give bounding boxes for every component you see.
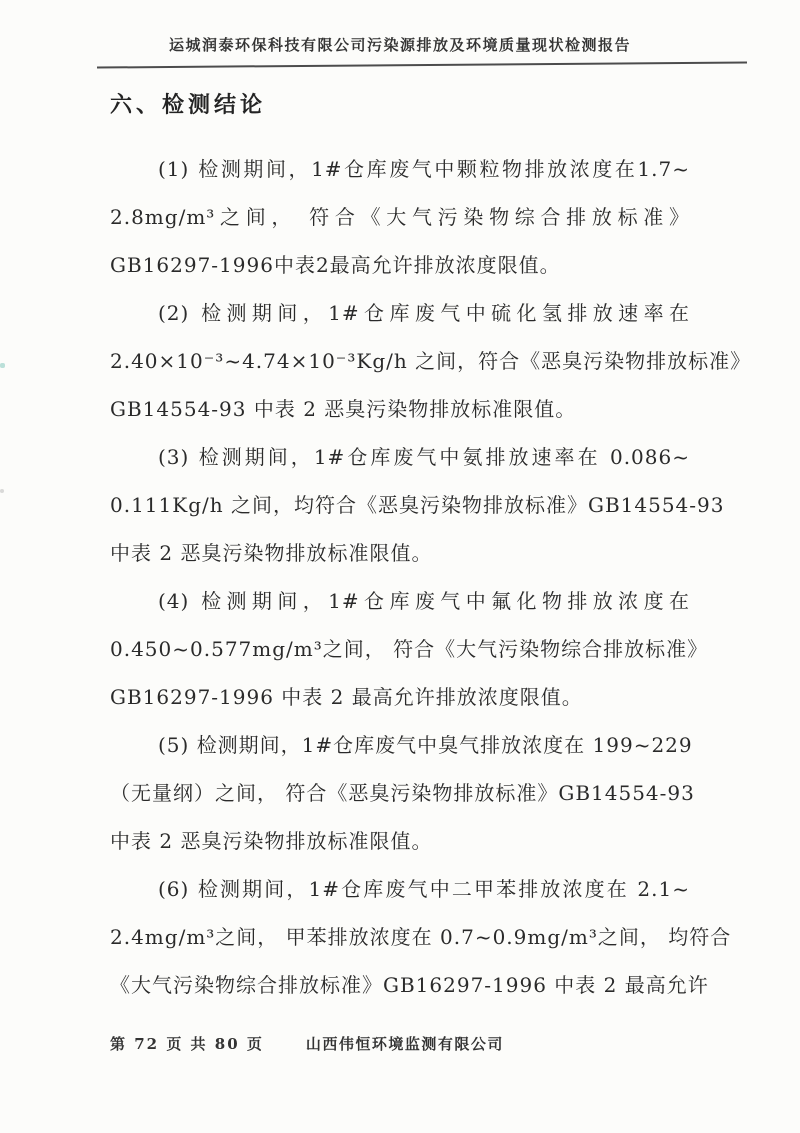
- paragraph-conclusion-1: (1) 检测期间，1#仓库废气中颗粒物排放浓度在1.7~ 2.8mg/m³之间，…: [110, 145, 690, 289]
- paragraph-line: (1) 检测期间，1#仓库废气中颗粒物排放浓度在1.7~: [110, 145, 690, 193]
- paragraph-line: (6) 检测期间，1#仓库废气中二甲苯排放浓度在 2.1~: [110, 865, 690, 913]
- paragraph-conclusion-4: (4) 检测期间，1#仓库废气中氟化物排放浓度在 0.450~0.577mg/m…: [110, 577, 690, 721]
- page-footer: 第 72 页 共 80 页山西伟恒环境监测有限公司: [110, 1033, 690, 1054]
- paragraph-line: GB16297-1996中表2最高允许排放浓度限值。: [110, 241, 690, 289]
- scan-artifact-speck: [0, 489, 4, 493]
- paragraph-line: GB14554-93 中表 2 恶臭污染物排放标准限值。: [110, 385, 690, 433]
- document-body: 六、检测结论 (1) 检测期间，1#仓库废气中颗粒物排放浓度在1.7~ 2.8m…: [110, 88, 690, 1009]
- paragraph-line: GB16297-1996 中表 2 最高允许排放浓度限值。: [110, 673, 690, 721]
- paragraph-line: （无量纲）之间， 符合《恶臭污染物排放标准》GB14554-93: [110, 769, 690, 817]
- paragraph-line: 《大气污染物综合排放标准》GB16297-1996 中表 2 最高允许: [110, 961, 690, 1009]
- scan-artifact-speck: [0, 363, 5, 368]
- report-header-title: 运城润泰环保科技有限公司污染源排放及环境质量现状检测报告: [0, 34, 800, 55]
- header-rule: [97, 61, 747, 68]
- paragraph-line: (5) 检测期间，1#仓库废气中臭气排放浓度在 199~229: [110, 721, 690, 769]
- paragraph-line: (3) 检测期间，1#仓库废气中氨排放速率在 0.086~: [110, 433, 690, 481]
- paragraph-line: 中表 2 恶臭污染物排放标准限值。: [110, 817, 690, 865]
- page-number: 第 72 页 共 80 页: [110, 1035, 264, 1053]
- paragraph-line: 2.4mg/m³之间， 甲苯排放浓度在 0.7~0.9mg/m³之间， 均符合: [110, 913, 690, 961]
- document-page: 运城润泰环保科技有限公司污染源排放及环境质量现状检测报告 六、检测结论 (1) …: [0, 0, 800, 1133]
- paragraph-line: 0.450~0.577mg/m³之间， 符合《大气污染物综合排放标准》: [110, 625, 690, 673]
- paragraph-line: 2.40×10⁻³~4.74×10⁻³Kg/h 之间，符合《恶臭污染物排放标准》: [110, 337, 690, 385]
- footer-company-name: 山西伟恒环境监测有限公司: [306, 1035, 504, 1053]
- paragraph-conclusion-5: (5) 检测期间，1#仓库废气中臭气排放浓度在 199~229 （无量纲）之间，…: [110, 721, 690, 865]
- section-title: 六、检测结论: [110, 88, 690, 119]
- paragraph-line: 0.111Kg/h 之间，均符合《恶臭污染物排放标准》GB14554-93: [110, 481, 690, 529]
- paragraph-line: 2.8mg/m³之间， 符合《大气污染物综合排放标准》: [110, 193, 690, 241]
- paragraph-conclusion-2: (2) 检测期间，1#仓库废气中硫化氢排放速率在 2.40×10⁻³~4.74×…: [110, 289, 690, 433]
- paragraph-conclusion-6: (6) 检测期间，1#仓库废气中二甲苯排放浓度在 2.1~ 2.4mg/m³之间…: [110, 865, 690, 1009]
- paragraph-line: 中表 2 恶臭污染物排放标准限值。: [110, 529, 690, 577]
- paragraph-conclusion-3: (3) 检测期间，1#仓库废气中氨排放速率在 0.086~ 0.111Kg/h …: [110, 433, 690, 577]
- paragraph-line: (2) 检测期间，1#仓库废气中硫化氢排放速率在: [110, 289, 690, 337]
- paragraph-line: (4) 检测期间，1#仓库废气中氟化物排放浓度在: [110, 577, 690, 625]
